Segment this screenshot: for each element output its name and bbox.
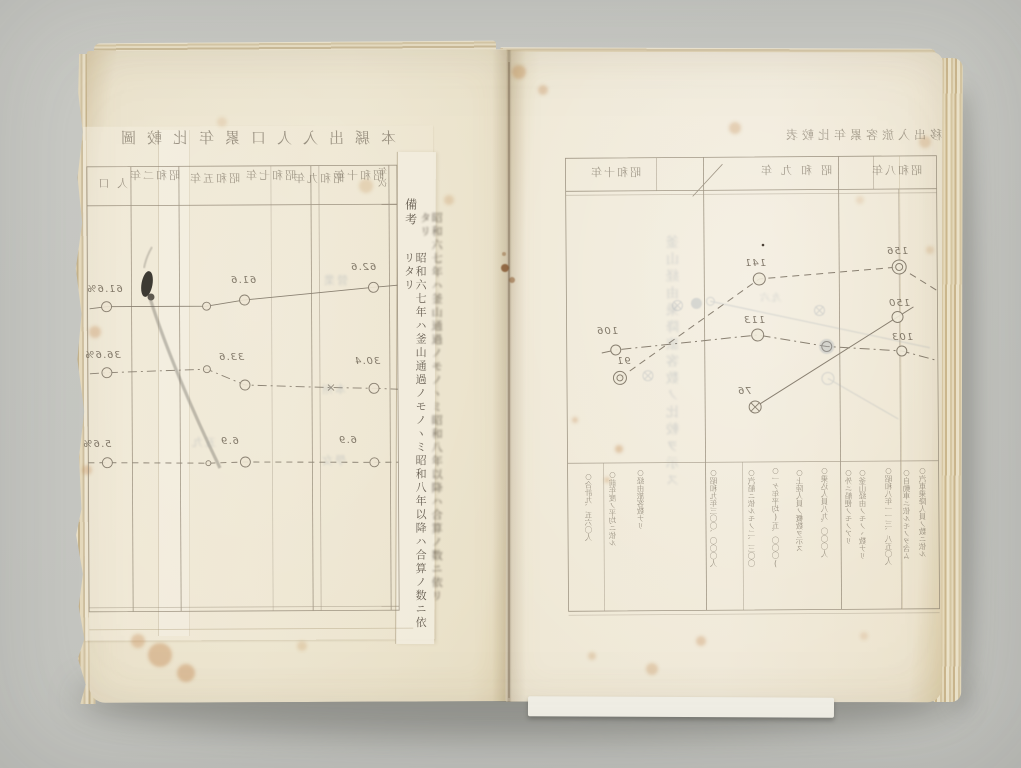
right-point-label: 91 <box>616 357 631 368</box>
left-ghost-label: 五九 <box>186 437 216 449</box>
left-point-label: 62.6 <box>350 263 376 274</box>
left-header-stub: 年次 <box>380 167 389 203</box>
left-page-title: 本縣出入人口累年比較圖 <box>96 131 396 147</box>
left-table-grid <box>87 165 413 630</box>
note-line: ○一ケ年平均(五、〇〇〇) <box>772 466 780 604</box>
left-point-label: 6.9 <box>338 436 357 447</box>
note-line: ○汽船ニ依ルモノ二、三〇〇 <box>748 468 756 603</box>
note-line: ○乗込人員八九、〇〇〇人 <box>821 466 829 601</box>
left-series-dashed <box>88 456 398 468</box>
remarks-ghost-text: 昭和六七年ハ釜山通過ノモノヽミ昭和八年以降ハ合算ノ数ニ依リタリ <box>419 212 442 612</box>
note-line: ○合計九、五六〇人 <box>585 472 593 592</box>
chart-overlay <box>0 0 1021 768</box>
left-header-col5: 昭和十年 <box>340 170 384 182</box>
note-line: ○汽車乗降人員ノ数ニ依ル <box>919 466 927 598</box>
right-series-dash-dot <box>602 328 938 363</box>
note-line: ○前年度ノ平均ニ依ル <box>609 470 617 600</box>
left-point-label: 61.6 <box>230 276 256 287</box>
note-line: ○外ニ船便ノモノアリ <box>845 468 853 588</box>
left-header-col2: 昭和五年 <box>194 173 240 185</box>
note-line: ○自動車ニ依ルモノヲ含ム <box>903 468 911 600</box>
right-ghost-number: 九六 <box>760 294 782 305</box>
left-header-col0: 人 口 <box>94 178 128 190</box>
note-line: ○上陸人員ノ概数ヲ示ス <box>796 468 804 606</box>
right-point-label: 113 <box>743 316 765 327</box>
right-header-col2: 昭和八年 <box>858 165 922 177</box>
right-header-col1: 昭和九年 <box>740 165 832 177</box>
right-point-label: 150 <box>888 299 910 310</box>
left-ghost-label: 學女 <box>316 455 346 467</box>
left-point-label: 61.6% <box>86 285 123 296</box>
left-chart-table <box>87 165 413 630</box>
right-point-label: 106 <box>596 327 618 338</box>
right-point-label: 156 <box>886 247 908 258</box>
left-ghost-label: 本州 <box>316 384 346 396</box>
left-point-label: 5.6% <box>82 440 111 451</box>
right-point-label: 141 <box>744 259 766 270</box>
left-point-label: 33.6 <box>218 353 244 364</box>
note-line: ○昭和八年一一三、八五〇人 <box>885 466 893 604</box>
note-line: ○釜山経由ノモノヽ数ナリ <box>859 468 867 598</box>
right-series-solid <box>748 307 914 413</box>
right-ghost-column: 釜山経由乗降旅客数ノ比較ヲ示ス <box>668 235 682 565</box>
left-ghost-label: 營業 <box>314 275 348 287</box>
left-point-label: 36.6% <box>84 351 121 362</box>
left-series-dash-dot <box>90 365 398 395</box>
left-header-col1: 昭和二年 <box>134 170 180 182</box>
photo-background: 本縣出入人口累年比較圖 人 口 昭和二年 昭和五年 昭和七年 昭和九年 昭和十年… <box>0 0 1021 768</box>
left-point-label: 30.4 <box>354 357 380 368</box>
right-page-title: 移出入旅客累年比較表 <box>764 129 942 142</box>
left-header-col3: 昭和七年 <box>250 170 296 182</box>
left-point-label: 6.9 <box>220 437 239 448</box>
left-series-solid <box>89 282 397 312</box>
note-line: ○昭和九年三〇〇、〇〇〇人 <box>710 468 718 600</box>
right-header-col0: 昭和十年 <box>585 167 641 179</box>
right-point-label: 103 <box>891 333 913 344</box>
right-ghost-marks <box>642 296 930 421</box>
remarks-label: 備考 <box>404 198 417 242</box>
note-line: ○経由旅客数ナリ <box>637 468 645 588</box>
right-point-label: 76 <box>737 387 752 398</box>
